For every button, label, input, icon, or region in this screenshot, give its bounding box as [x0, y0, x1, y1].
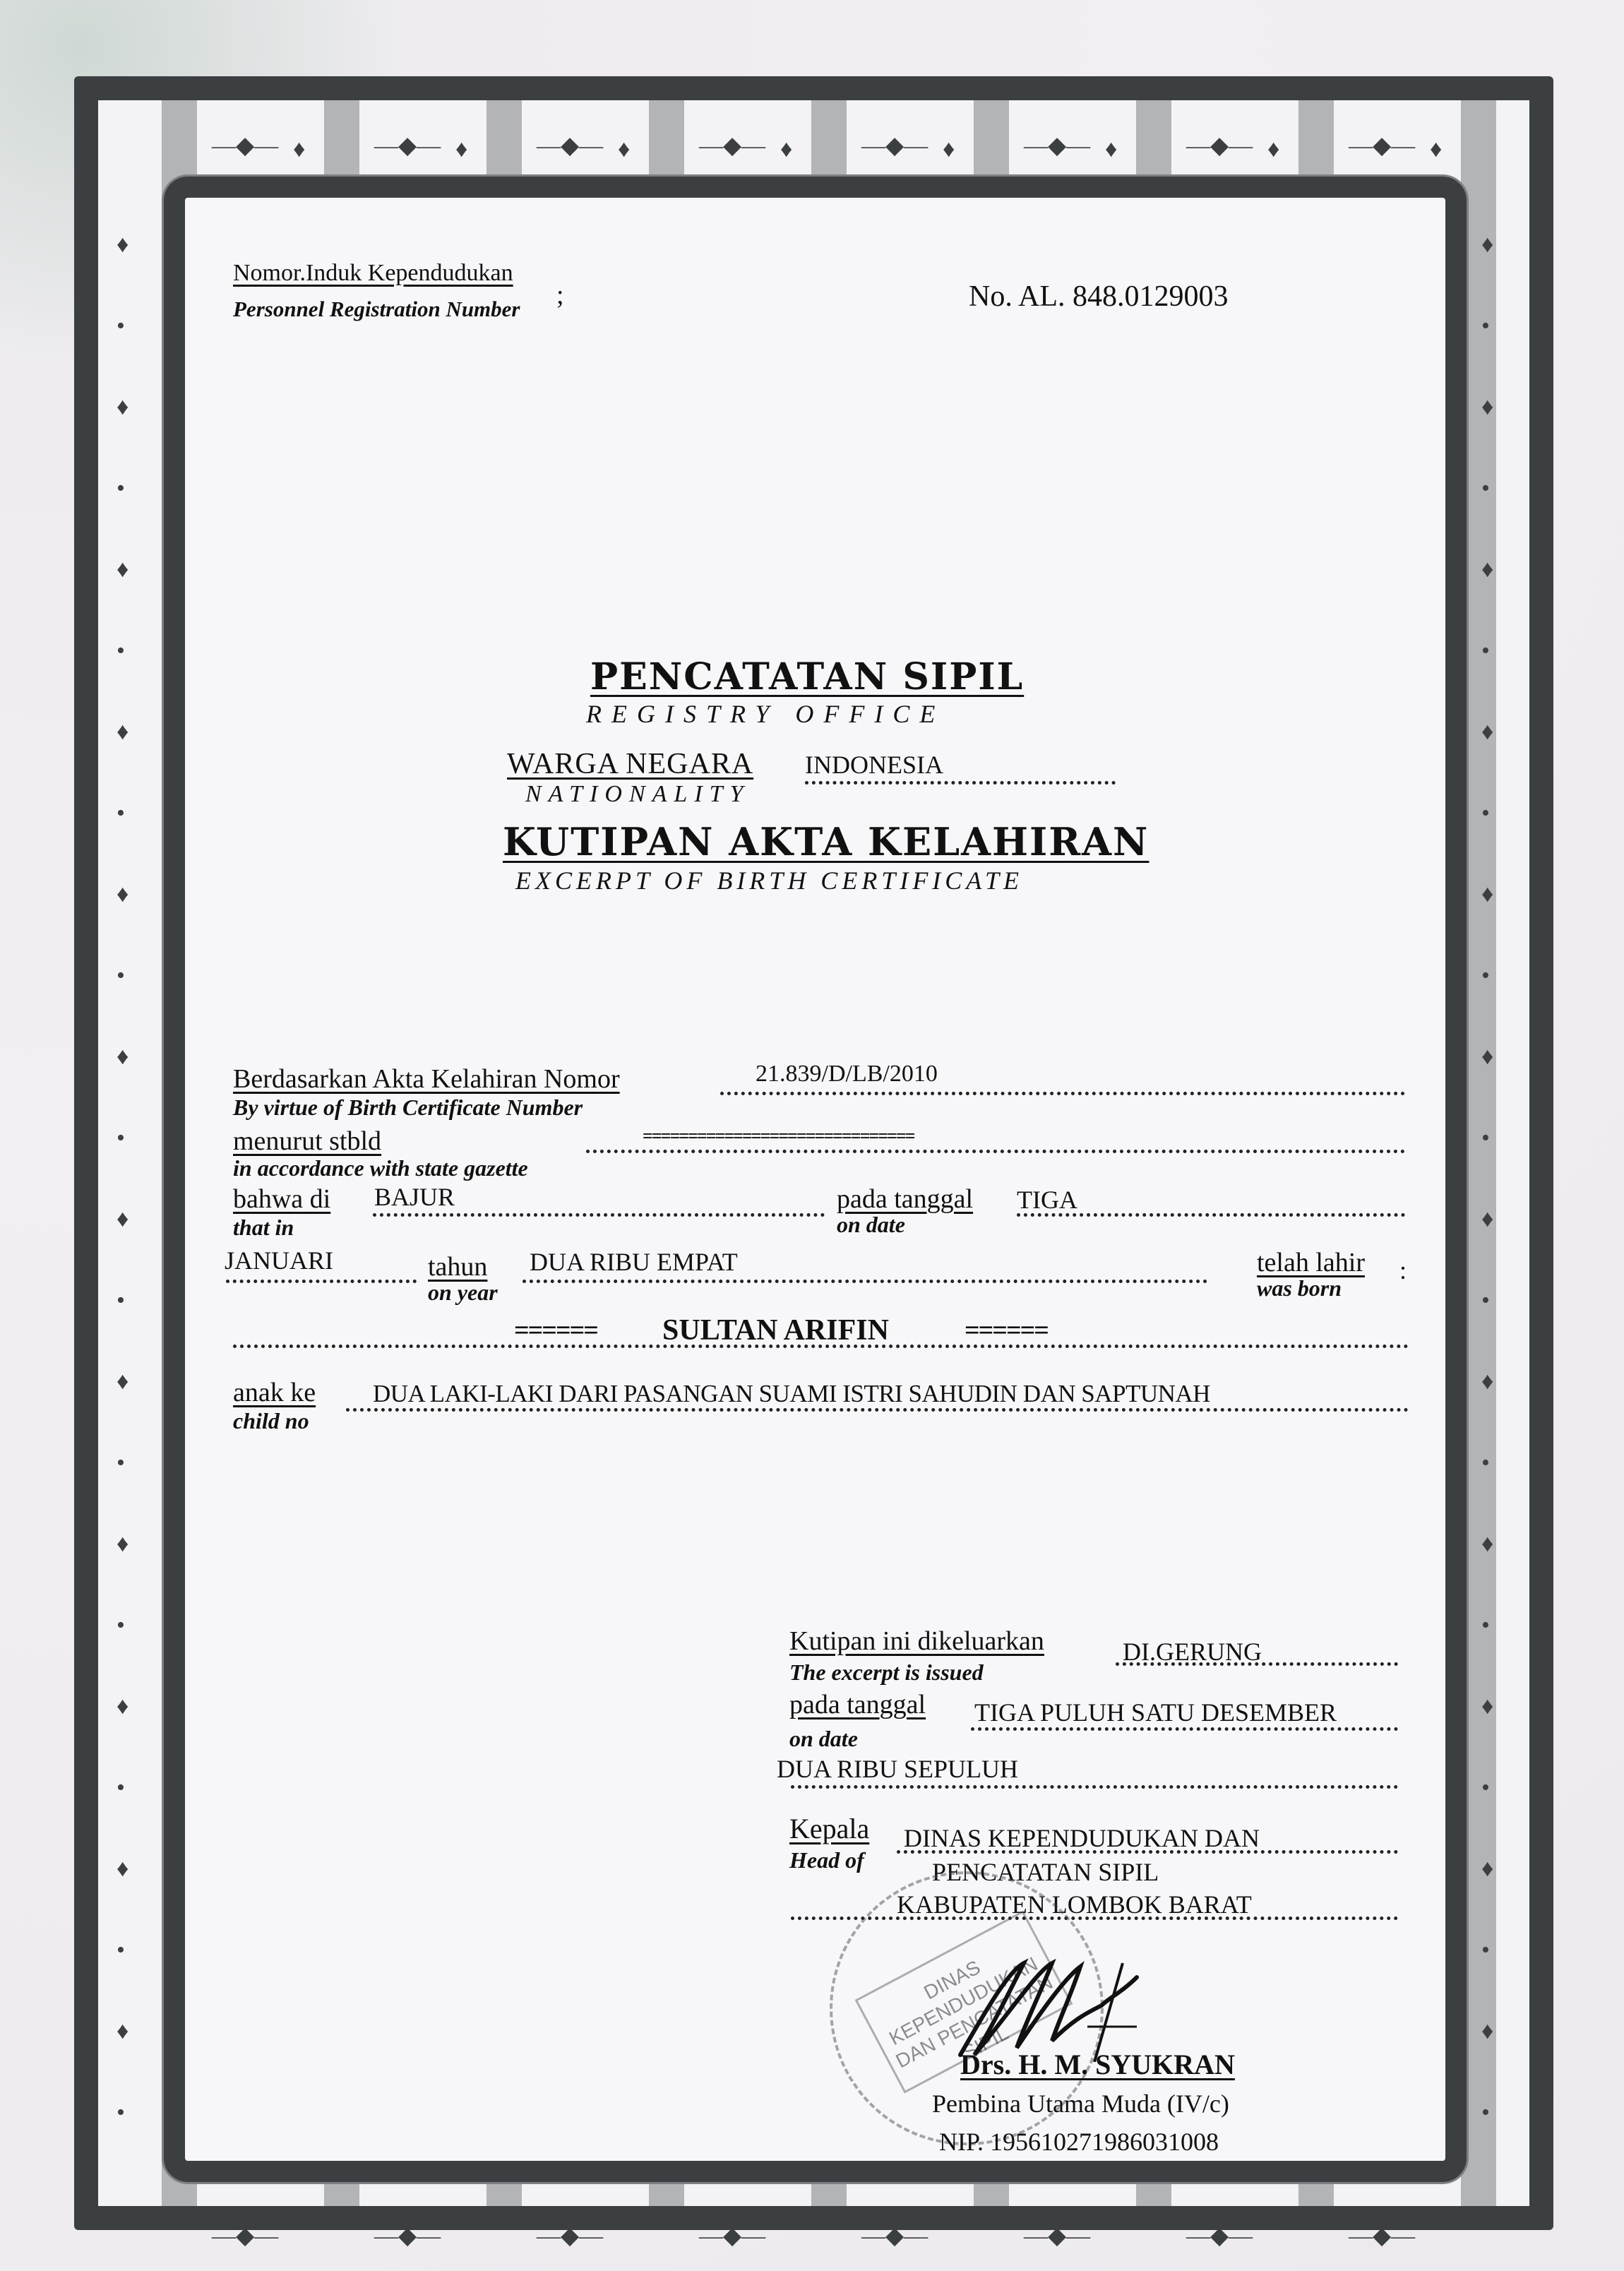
issued-date-dotted-line [971, 1727, 1398, 1731]
nik-label-en: Personnel Registration Number [233, 297, 520, 322]
child-name: SULTAN ARIFIN [662, 1313, 889, 1347]
issued-year-dotted-line [791, 1785, 1398, 1789]
birth-place-label-en: that in [233, 1215, 294, 1241]
certificate-content: Nomor.Induk Kependudukan Personnel Regis… [0, 0, 1624, 2271]
head-office-line1: DINAS KEPENDUDUKAN DAN [904, 1823, 1260, 1853]
issued-place-dotted-line [1116, 1662, 1398, 1666]
birth-month-dotted-line [226, 1280, 417, 1283]
child-no-label-en: child no [233, 1408, 309, 1434]
birth-place-dotted-line [373, 1213, 825, 1217]
cert-number-value: 21.839/D/LB/2010 [756, 1061, 938, 1087]
cert-number-label-en: By virtue of Birth Certificate Number [233, 1095, 583, 1121]
document-title-en: EXCERPT OF BIRTH CERTIFICATE [515, 866, 1023, 895]
signer-name: Drs. H. M. SYUKRAN [960, 2048, 1235, 2081]
issued-date-label-en: on date [789, 1726, 858, 1752]
birth-month-value: JANUARI [225, 1246, 333, 1275]
birth-date-value: TIGA [1017, 1185, 1077, 1215]
cert-number-label: Berdasarkan Akta Kelahiran Nomor [233, 1063, 620, 1095]
stbld-label-en: in accordance with state gazette [233, 1155, 528, 1181]
birth-year-label-en: on year [428, 1280, 498, 1306]
nationality-value: INDONESIA [805, 750, 943, 780]
head-label-en: Head of [789, 1847, 864, 1873]
nik-label: Nomor.Induk Kependudukan [233, 260, 513, 287]
nationality-label-en: NATIONALITY [525, 781, 750, 808]
birth-date-label-en: on date [837, 1212, 905, 1238]
child-name-dotted-line [233, 1345, 1409, 1348]
cert-number-dotted-line [720, 1092, 1405, 1095]
birth-year-dotted-line [523, 1280, 1207, 1283]
issued-year-value: DUA RIBU SEPULUH [777, 1754, 1018, 1784]
birth-place-label: bahwa di [233, 1184, 330, 1215]
issued-date-label: pada tanggal [789, 1689, 926, 1720]
child-no-value: DUA LAKI-LAKI DARI PASANGAN SUAMI ISTRI … [373, 1380, 1210, 1408]
child-no-label: anak ke [233, 1377, 316, 1408]
signature-scribble [946, 1949, 1172, 2062]
nationality-dotted-line [805, 781, 1116, 785]
issued-label: Kutipan ini dikeluarkan [789, 1626, 1044, 1657]
child-no-dotted-line [346, 1408, 1409, 1412]
signer-nip: NIP. 195610271986031008 [939, 2127, 1219, 2157]
document-title: KUTIPAN AKTA KELAHIRAN [503, 819, 1149, 864]
signer-rank: Pembina Utama Muda (IV/c) [932, 2089, 1229, 2118]
stbld-dotted-line [586, 1150, 1405, 1153]
serial-number: No. AL. 848.0129003 [969, 280, 1229, 314]
head-label: Kepala [789, 1812, 869, 1845]
office-title: PENCATATAN SIPIL [590, 655, 1024, 698]
born-label-en: was born [1257, 1275, 1342, 1301]
name-right-marks: ====== [965, 1315, 1048, 1346]
issued-label-en: The excerpt is issued [789, 1659, 984, 1686]
name-left-marks: ====== [514, 1315, 597, 1346]
birth-place-value: BAJUR [374, 1182, 455, 1212]
born-label: telah lahir [1257, 1247, 1365, 1278]
nationality-label: WARGA NEGARA [507, 747, 753, 781]
birth-year-value: DUA RIBU EMPAT [530, 1247, 738, 1277]
head-line1-dotted-line [897, 1850, 1398, 1854]
stbld-value: ============================== [643, 1126, 914, 1147]
office-title-en: REGISTRY OFFICE [586, 699, 945, 729]
birth-date-label: pada tanggal [837, 1184, 973, 1215]
stbld-label: menurut stbld [233, 1126, 381, 1157]
born-punct: : [1399, 1256, 1407, 1285]
birth-date-dotted-line [1017, 1213, 1405, 1217]
birth-year-label: tahun [428, 1251, 487, 1282]
nik-colon: ; [556, 280, 564, 311]
issued-date-value: TIGA PULUH SATU DESEMBER [974, 1698, 1337, 1727]
